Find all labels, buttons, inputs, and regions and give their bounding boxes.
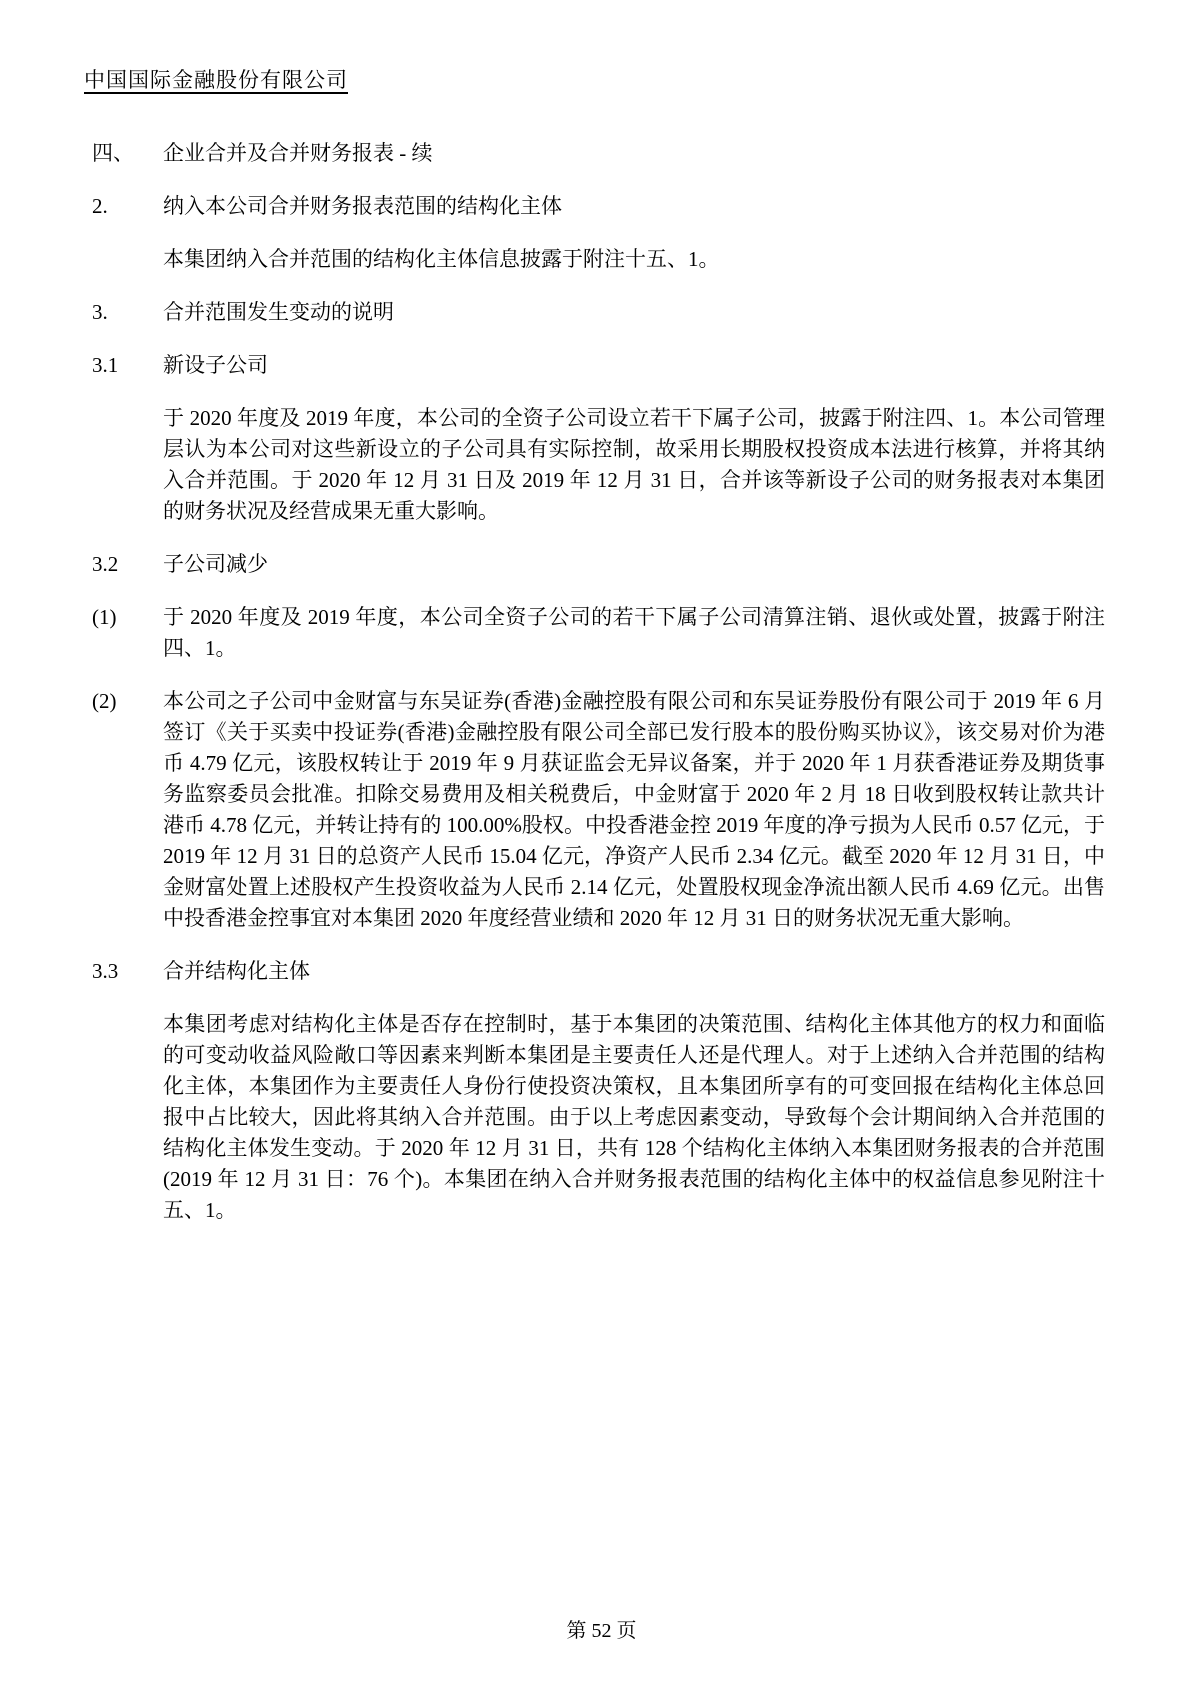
paragraph-text: 于 2020 年度及 2019 年度，本公司全资子公司的若干下属子公司清算注销、… xyxy=(163,602,1105,664)
section-title: 合并范围发生变动的说明 xyxy=(163,297,1105,328)
section-title: 企业合并及合并财务报表 - 续 xyxy=(163,138,1105,169)
document-page: 中国国际金融股份有限公司 四、 企业合并及合并财务报表 - 续 2. 纳入本公司… xyxy=(0,0,1190,1684)
paragraph-structured-entities-note: 本集团纳入合并范围的结构化主体信息披露于附注十五、1。 xyxy=(92,244,1105,275)
company-name: 中国国际金融股份有限公司 xyxy=(84,66,1105,94)
section-number xyxy=(92,403,163,527)
section-heading-2: 2. 纳入本公司合并财务报表范围的结构化主体 xyxy=(92,191,1105,222)
paragraph-text: 本集团考虑对结构化主体是否存在控制时，基于本集团的决策范围、结构化主体其他方的权… xyxy=(163,1009,1105,1226)
section-number: 四、 xyxy=(92,138,163,169)
section-number xyxy=(92,1009,163,1226)
paragraph-text: 本集团纳入合并范围的结构化主体信息披露于附注十五、1。 xyxy=(163,244,1105,275)
section-number: 3.1 xyxy=(92,350,163,381)
paragraph-text: 于 2020 年度及 2019 年度，本公司的全资子公司设立若干下属子公司，披露… xyxy=(163,403,1105,527)
section-title: 合并结构化主体 xyxy=(163,956,1105,987)
section-title: 子公司减少 xyxy=(163,549,1105,580)
page-number: 第 52 页 xyxy=(567,1618,637,1644)
paragraph-consolidated-structured-entities: 本集团考虑对结构化主体是否存在控制时，基于本集团的决策范围、结构化主体其他方的权… xyxy=(92,1009,1105,1226)
section-number: 3. xyxy=(92,297,163,328)
item-number: (2) xyxy=(92,686,163,934)
section-number: 2. xyxy=(92,191,163,222)
paragraph-text: 本公司之子公司中金财富与东吴证券(香港)金融控股有限公司和东吴证券股份有限公司于… xyxy=(163,686,1105,934)
paragraph-subsidiary-decrease-1: (1) 于 2020 年度及 2019 年度，本公司全资子公司的若干下属子公司清… xyxy=(92,602,1105,664)
paragraph-subsidiary-decrease-2: (2) 本公司之子公司中金财富与东吴证券(香港)金融控股有限公司和东吴证券股份有… xyxy=(92,686,1105,934)
item-number: (1) xyxy=(92,602,163,664)
section-heading-4: 四、 企业合并及合并财务报表 - 续 xyxy=(92,138,1105,169)
section-heading-3-2: 3.2 子公司减少 xyxy=(92,549,1105,580)
section-heading-3-1: 3.1 新设子公司 xyxy=(92,350,1105,381)
section-heading-3: 3. 合并范围发生变动的说明 xyxy=(92,297,1105,328)
section-number xyxy=(92,244,163,275)
paragraph-new-subsidiaries: 于 2020 年度及 2019 年度，本公司的全资子公司设立若干下属子公司，披露… xyxy=(92,403,1105,527)
section-title: 纳入本公司合并财务报表范围的结构化主体 xyxy=(163,191,1105,222)
section-heading-3-3: 3.3 合并结构化主体 xyxy=(92,956,1105,987)
section-number: 3.3 xyxy=(92,956,163,987)
section-number: 3.2 xyxy=(92,549,163,580)
section-title: 新设子公司 xyxy=(163,350,1105,381)
